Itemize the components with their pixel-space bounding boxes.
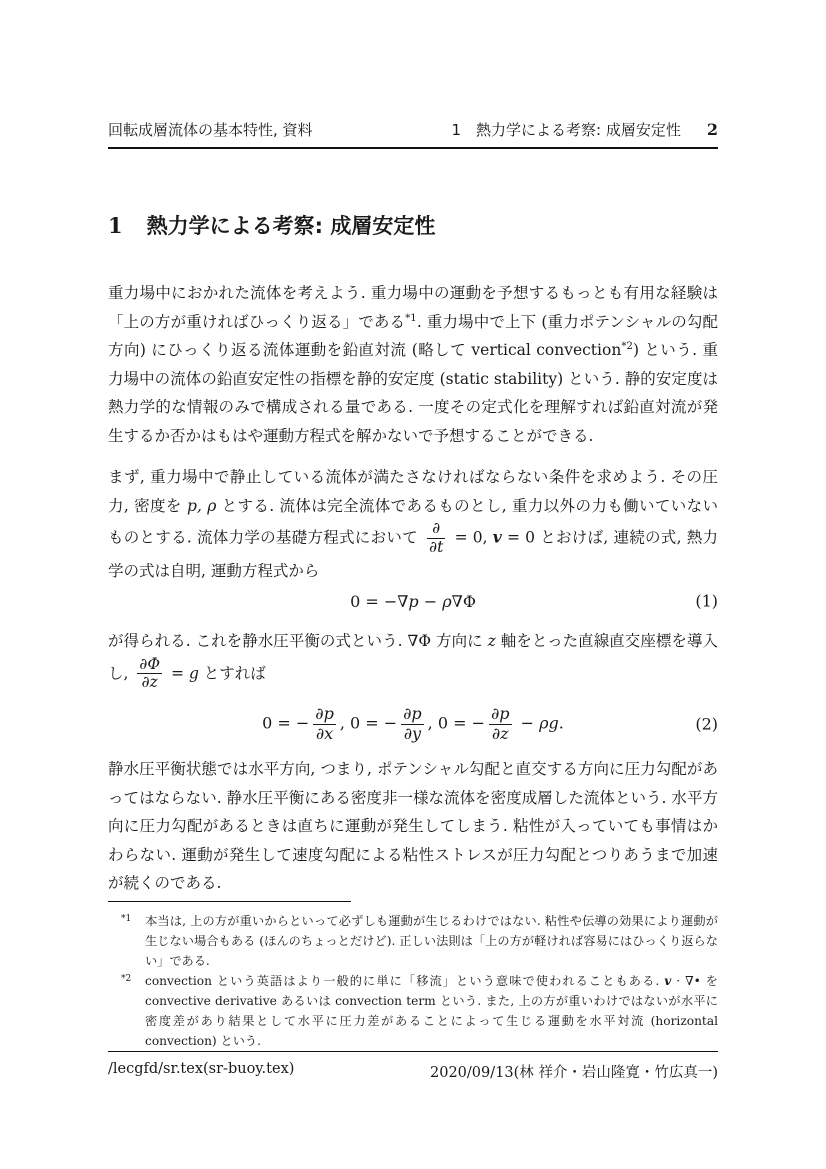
footnote-1-marker: *1 (121, 909, 131, 929)
math-fraction: ∂p∂y (398, 705, 427, 743)
math-fraction: ∂p∂z (486, 705, 515, 743)
math-fraction: ∂∂t (424, 520, 448, 557)
text-run: − (419, 592, 443, 611)
text-run: p, ρ (187, 497, 216, 515)
text-run: g (189, 664, 199, 682)
text-run: 0 = −∇ (350, 592, 408, 611)
text-run: ∇Φ (452, 592, 476, 611)
text-run: v (493, 527, 502, 546)
math-fraction: ∂p∂x (310, 705, 339, 743)
equation-1: 0 = −∇p − ρ∇Φ (1) (108, 583, 718, 619)
equation-2-body: 0 = −∂p∂x, 0 = −∂p∂y, 0 = −∂p∂z − ρg. (262, 705, 564, 743)
paragraph-equilibrium-discussion: 静水圧平衡状態では水平方向, つまり, ポテンシャル勾配と直交する方向に圧力勾配… (108, 755, 718, 898)
equation-1-body: 0 = −∇p − ρ∇Φ (350, 592, 476, 611)
text-run: とすれば (199, 664, 266, 682)
section-heading: 1 熱力学による考察: 成層安定性 (108, 210, 718, 240)
math-fraction: ∂Φ∂z (134, 656, 165, 693)
header-doc-title: 回転成層流体の基本特性, 資料 (108, 119, 451, 140)
text-run: が得られる. これを静水圧平衡の式という. ∇Φ 方向に (108, 632, 488, 650)
paragraph-hydrostatic: が得られる. これを静水圧平衡の式という. ∇Φ 方向に z 軸をとった直線直交… (108, 627, 718, 692)
text-run: , 0 = − (428, 714, 485, 733)
page-header: 回転成層流体の基本特性, 資料 1 熱力学による考察: 成層安定性 2 (108, 119, 718, 149)
equation-1-tag: (1) (695, 592, 718, 611)
text-run: 静水圧平衡状態では水平方向, つまり, ポテンシャル勾配と直交する方向に圧力勾配… (108, 760, 718, 892)
footnote-2-marker: *2 (121, 969, 131, 989)
footnote-divider (108, 901, 351, 902)
footnote-1-text: 本当は, 上の方が重いからといって必ずしも運動が生じるわけではない. 粘性や伝導… (145, 914, 718, 968)
footnote-2: *2 convection という英語はより一般的に単に「移流」という意味で使わ… (108, 971, 718, 1051)
section-number: 1 (108, 213, 123, 238)
text-run: = 0, (449, 528, 492, 546)
text-run: , 0 = − (340, 714, 397, 733)
page-footer: /lecgfd/sr.tex(sr-buoy.tex) 2020/09/13(林… (108, 1051, 718, 1082)
footnote-reference: *2 (621, 341, 633, 352)
header-page-number: 2 (707, 120, 718, 139)
text-run: 0 = − (262, 714, 309, 733)
text-run: − (516, 714, 540, 733)
footer-file-path: /lecgfd/sr.tex(sr-buoy.tex) (108, 1061, 294, 1082)
text-run: p (408, 592, 418, 611)
footnote-1: *1 本当は, 上の方が重いからといって必ずしも運動が生じるわけではない. 粘性… (108, 911, 718, 971)
text-run: ρ (442, 592, 451, 611)
paragraph-intro: 重力場中におかれた流体を考えよう. 重力場中の運動を予想するもっとも有用な経験は… (108, 279, 718, 450)
footer-date-authors: 2020/09/13(林 祥介・岩山隆寛・竹広真一) (430, 1061, 718, 1082)
paragraph-static-condition: まず, 重力場中で静止している流体が満たさなければならない条件を求めよう. その… (108, 463, 718, 585)
text-run: z (488, 632, 496, 650)
footnote-reference: *1 (405, 312, 417, 323)
section-title: 熱力学による考察: 成層安定性 (147, 210, 436, 240)
text-run: convection という英語はより一般的に単に「移流」という意味で使われるこ… (145, 974, 664, 988)
footnote-2-text: convection という英語はより一般的に単に「移流」という意味で使われるこ… (145, 974, 718, 1048)
document-page: 回転成層流体の基本特性, 資料 1 熱力学による考察: 成層安定性 2 1 熱力… (0, 0, 826, 1169)
text-run: ρg (539, 714, 559, 733)
equation-2: 0 = −∂p∂x, 0 = −∂p∂y, 0 = −∂p∂z − ρg. (2… (108, 697, 718, 751)
equation-2-tag: (2) (695, 715, 718, 734)
text-run: = (166, 664, 189, 682)
text-run: . (559, 714, 564, 733)
text-run: 本当は, 上の方が重いからといって必ずしも運動が生じるわけではない. 粘性や伝導… (145, 914, 718, 968)
header-section-title: 1 熱力学による考察: 成層安定性 (451, 119, 680, 140)
footnotes-section: *1 本当は, 上の方が重いからといって必ずしも運動が生じるわけではない. 粘性… (108, 901, 718, 1051)
